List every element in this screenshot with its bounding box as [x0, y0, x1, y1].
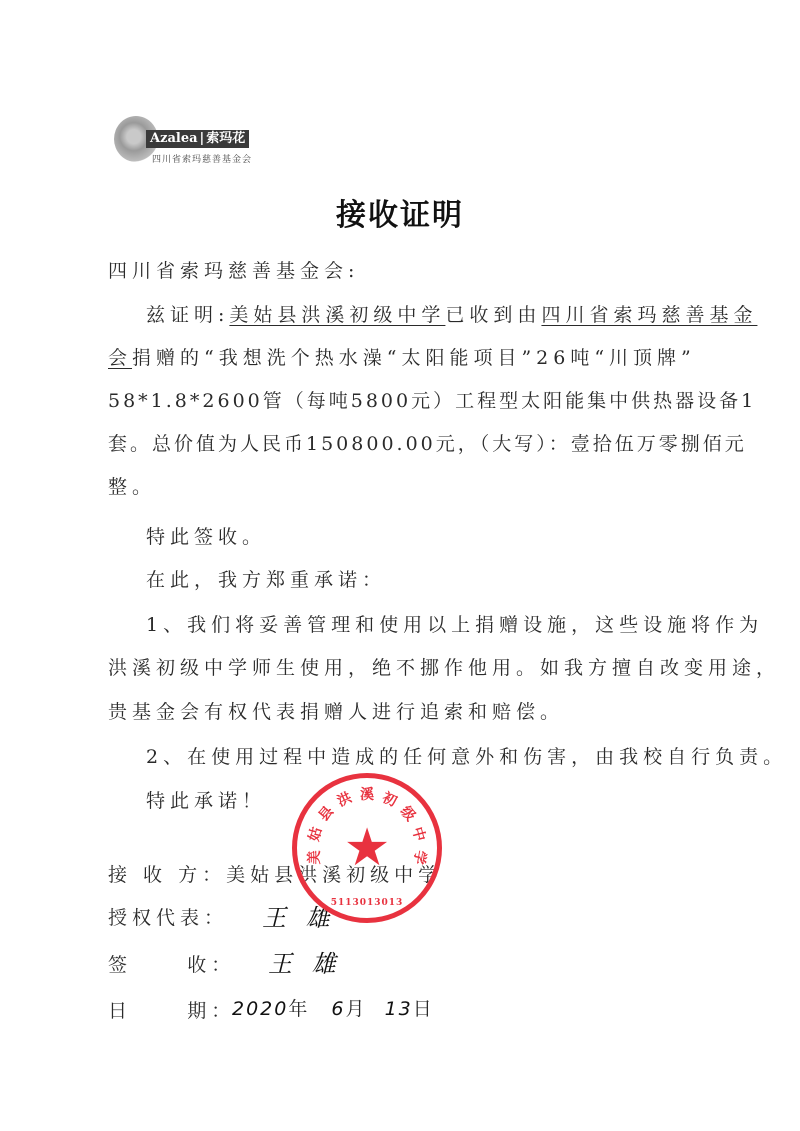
para1-line4: 套。总价值为人民币150800.00元，（大写）：壹拾伍万零捌佰元	[108, 429, 747, 456]
signed-label: 签 收：	[108, 950, 235, 977]
date-day: 13	[385, 998, 413, 1020]
para1-line5: 整。	[108, 472, 156, 499]
salutation: 四川省索玛慈善基金会:	[108, 256, 359, 283]
para1-line2: 会捐赠的“我想洗个热水澡“太阳能项目”26吨“川顶牌”	[108, 343, 696, 370]
official-seal: 美 姑 县 洪 溪 初 级 中 学 ★ 5113013013	[292, 773, 442, 923]
para1-mid: 已收到由	[445, 304, 541, 326]
receipt-note: 特此签收。	[146, 522, 266, 549]
seal-code: 5113013013	[331, 898, 404, 908]
date-label: 日 期：	[108, 996, 235, 1023]
pledge2: 2、在使用过程中造成的任何意外和伤害，由我校自行负责。	[146, 742, 787, 769]
para1-prefix: 兹证明:	[146, 304, 229, 326]
star-icon: ★	[344, 822, 391, 874]
pledge-close: 特此承诺！	[146, 786, 266, 813]
logo-subtitle: 四川省索玛慈善基金会	[152, 152, 252, 165]
date-year: 2020	[232, 998, 288, 1020]
donor-name-part1: 四川省索玛慈善基金	[541, 304, 757, 326]
date-month: 6	[331, 998, 345, 1020]
pledge1-line2: 洪溪初级中学师生使用，绝不挪作他用。如我方擅自改变用途，	[108, 653, 780, 680]
pledge1-line1: 1、我们将妥善管理和使用以上捐赠设施，这些设施将作为	[146, 610, 763, 637]
logo-brand-en: Azalea	[150, 131, 198, 146]
signed-signature: 王 雄	[268, 944, 342, 979]
logo-brand-bar: Azalea|索玛花	[146, 130, 249, 148]
representative-label: 授权代表：	[108, 903, 228, 930]
donor-name-part2: 会	[108, 347, 132, 369]
document-title: 接收证明	[0, 190, 800, 234]
para1-line2-text: 捐赠的“我想洗个热水澡“太阳能项目”26吨“川顶牌”	[132, 347, 696, 369]
foundation-logo: Azalea|索玛花 四川省索玛慈善基金会	[108, 112, 288, 172]
pledge1-line3: 贵基金会有权代表捐赠人进行追索和赔偿。	[108, 697, 564, 724]
receiver-label: 接 收 方：	[108, 864, 226, 886]
pledge-intro: 在此，我方郑重承诺：	[146, 565, 386, 592]
recipient-school: 美姑县洪溪初级中学	[229, 304, 445, 326]
para1-line3: 58*1.8*2600管（每吨5800元）工程型太阳能集中供热器设备1	[108, 386, 756, 413]
logo-brand-cn: 索玛花	[206, 131, 245, 146]
para1-line1: 兹证明:美姑县洪溪初级中学已收到由四川省索玛慈善基金	[146, 300, 757, 327]
date-value: 2020年 6月 13日	[232, 994, 434, 1021]
